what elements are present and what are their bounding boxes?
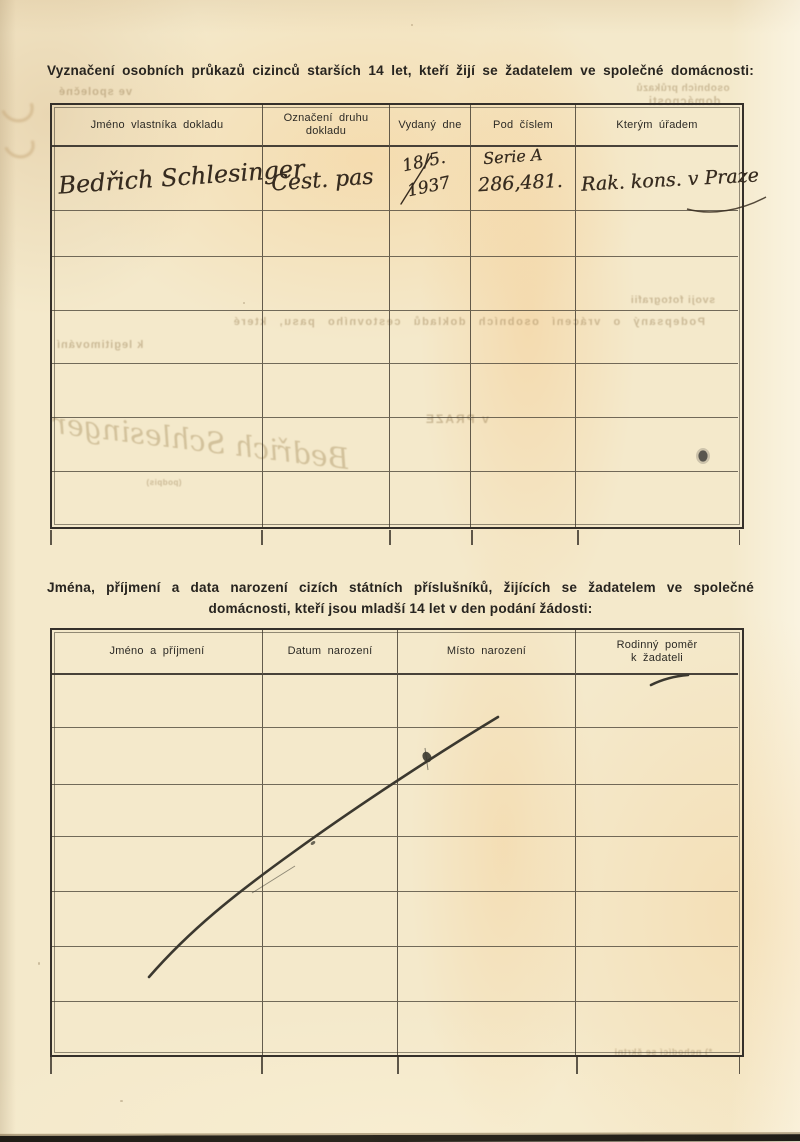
t2-header-birthdate: Datum narození: [263, 630, 398, 675]
empty-cell: [52, 211, 263, 257]
empty-cell: [576, 311, 738, 364]
empty-cell: [398, 785, 576, 837]
handwritten-authority: Rak. kons. v Praze: [581, 164, 760, 195]
empty-cell: [263, 418, 390, 472]
t1-header-number: Pod číslem: [471, 105, 576, 147]
bleedthrough-top-left: ve společné: [58, 86, 132, 98]
handwritten-issued-year: 1937: [405, 173, 451, 202]
section2-heading-line1: Jména, příjmení a data narození cizích s…: [47, 577, 754, 598]
empty-cell: [263, 257, 390, 311]
empty-cell: [398, 728, 576, 785]
t2-header-birthplace: Místo narození: [398, 630, 576, 675]
table-line-stub: [389, 530, 391, 545]
table-line-stub: [50, 530, 52, 545]
empty-cell: [576, 675, 738, 728]
t2-header-name: Jméno a příjmení: [52, 630, 263, 675]
t1-header-owner-name: Jméno vlastníka dokladu: [52, 105, 263, 147]
table-line-stub: [397, 1057, 399, 1074]
empty-cell: [263, 728, 398, 785]
empty-cell: [576, 892, 738, 947]
t1-header-document-type: Označení druhu dokladu: [263, 105, 390, 147]
table-line-stub: [471, 530, 473, 545]
empty-cell: [52, 311, 263, 364]
documents-table: Jméno vlastníka dokladu Označení druhu d…: [50, 103, 744, 529]
empty-cell: [52, 947, 263, 1002]
empty-cell: [263, 892, 398, 947]
scan-bottom-edge: [0, 1134, 800, 1142]
empty-cell: [398, 675, 576, 728]
empty-cell: [390, 418, 471, 472]
table-line-stub: [261, 530, 263, 545]
empty-cell: [390, 472, 471, 527]
empty-cell: [52, 728, 263, 785]
empty-cell: [398, 1002, 576, 1055]
t1-cell-number: Serie A 286,481.: [471, 147, 576, 211]
empty-cell: [471, 211, 576, 257]
section2-heading-line2: domácnosti, kteří jsou mladší 14 let v d…: [47, 598, 754, 619]
paper-speck: [38, 962, 40, 965]
empty-cell: [398, 837, 576, 892]
empty-cell: [263, 311, 390, 364]
empty-cell: [263, 675, 398, 728]
t1-cell-authority: Rak. kons. v Praze: [576, 147, 738, 211]
paperclip-mark-bottom: [0, 125, 39, 164]
empty-cell: [52, 418, 263, 472]
empty-cell: [576, 1002, 738, 1055]
empty-cell: [263, 472, 390, 527]
empty-cell: [52, 257, 263, 311]
t2-header-relation: Rodinný poměr k žadateli: [576, 630, 738, 675]
empty-cell: [263, 1002, 398, 1055]
empty-cell: [471, 418, 576, 472]
table-line-stub: [577, 530, 579, 545]
handwritten-series: Serie A: [482, 145, 542, 168]
minors-table: Jméno a příjmení Datum narození Místo na…: [50, 628, 744, 1057]
empty-cell: [398, 892, 576, 947]
empty-cell: [576, 785, 738, 837]
empty-cell: [263, 837, 398, 892]
empty-cell: [52, 364, 263, 418]
empty-cell: [390, 364, 471, 418]
empty-cell: [576, 211, 738, 257]
empty-cell: [52, 472, 263, 527]
handwritten-issued-day: 18/5.: [400, 148, 447, 177]
t1-cell-owner-name: Bedřich Schlesinger: [52, 147, 263, 211]
empty-cell: [471, 311, 576, 364]
empty-cell: [390, 257, 471, 311]
empty-cell: [576, 947, 738, 1002]
empty-cell: [263, 364, 390, 418]
empty-cell: [576, 837, 738, 892]
table-line-stub: [50, 1057, 52, 1074]
empty-cell: [52, 837, 263, 892]
empty-cell: [390, 211, 471, 257]
empty-cell: [263, 785, 398, 837]
empty-cell: [471, 257, 576, 311]
t1-header-authority: Kterým úřadem: [576, 105, 738, 147]
empty-cell: [263, 211, 390, 257]
empty-cell: [52, 1002, 263, 1055]
empty-cell: [576, 728, 738, 785]
empty-cell: [471, 364, 576, 418]
table-line-stub: [261, 1057, 263, 1074]
table-line-stub: [739, 1057, 741, 1074]
paperclip-mark-top: [0, 86, 39, 128]
table-line-stub: [739, 530, 741, 545]
paper-speck: [411, 24, 413, 26]
empty-cell: [52, 785, 263, 837]
section1-heading: Vyznačení osobních průkazů cizinců starš…: [47, 60, 754, 81]
empty-cell: [576, 418, 738, 472]
bleedthrough-top-right-1: osobních průkazů: [636, 83, 730, 94]
paper-speck: [120, 1100, 123, 1102]
scanned-form-page: ve společné osobních průkazů domácnosti …: [0, 0, 800, 1142]
empty-cell: [471, 472, 576, 527]
empty-cell: [52, 675, 263, 728]
handwritten-number: 286,481.: [477, 170, 563, 196]
empty-cell: [576, 364, 738, 418]
empty-cell: [390, 311, 471, 364]
empty-cell: [576, 257, 738, 311]
empty-cell: [398, 947, 576, 1002]
empty-cell: [263, 947, 398, 1002]
t1-header-issued-date: Vydaný dne: [390, 105, 471, 147]
empty-cell: [52, 892, 263, 947]
t1-cell-issued-date: 18/5. 1937: [390, 147, 471, 211]
empty-cell: [576, 472, 738, 527]
table-line-stub: [576, 1057, 578, 1074]
